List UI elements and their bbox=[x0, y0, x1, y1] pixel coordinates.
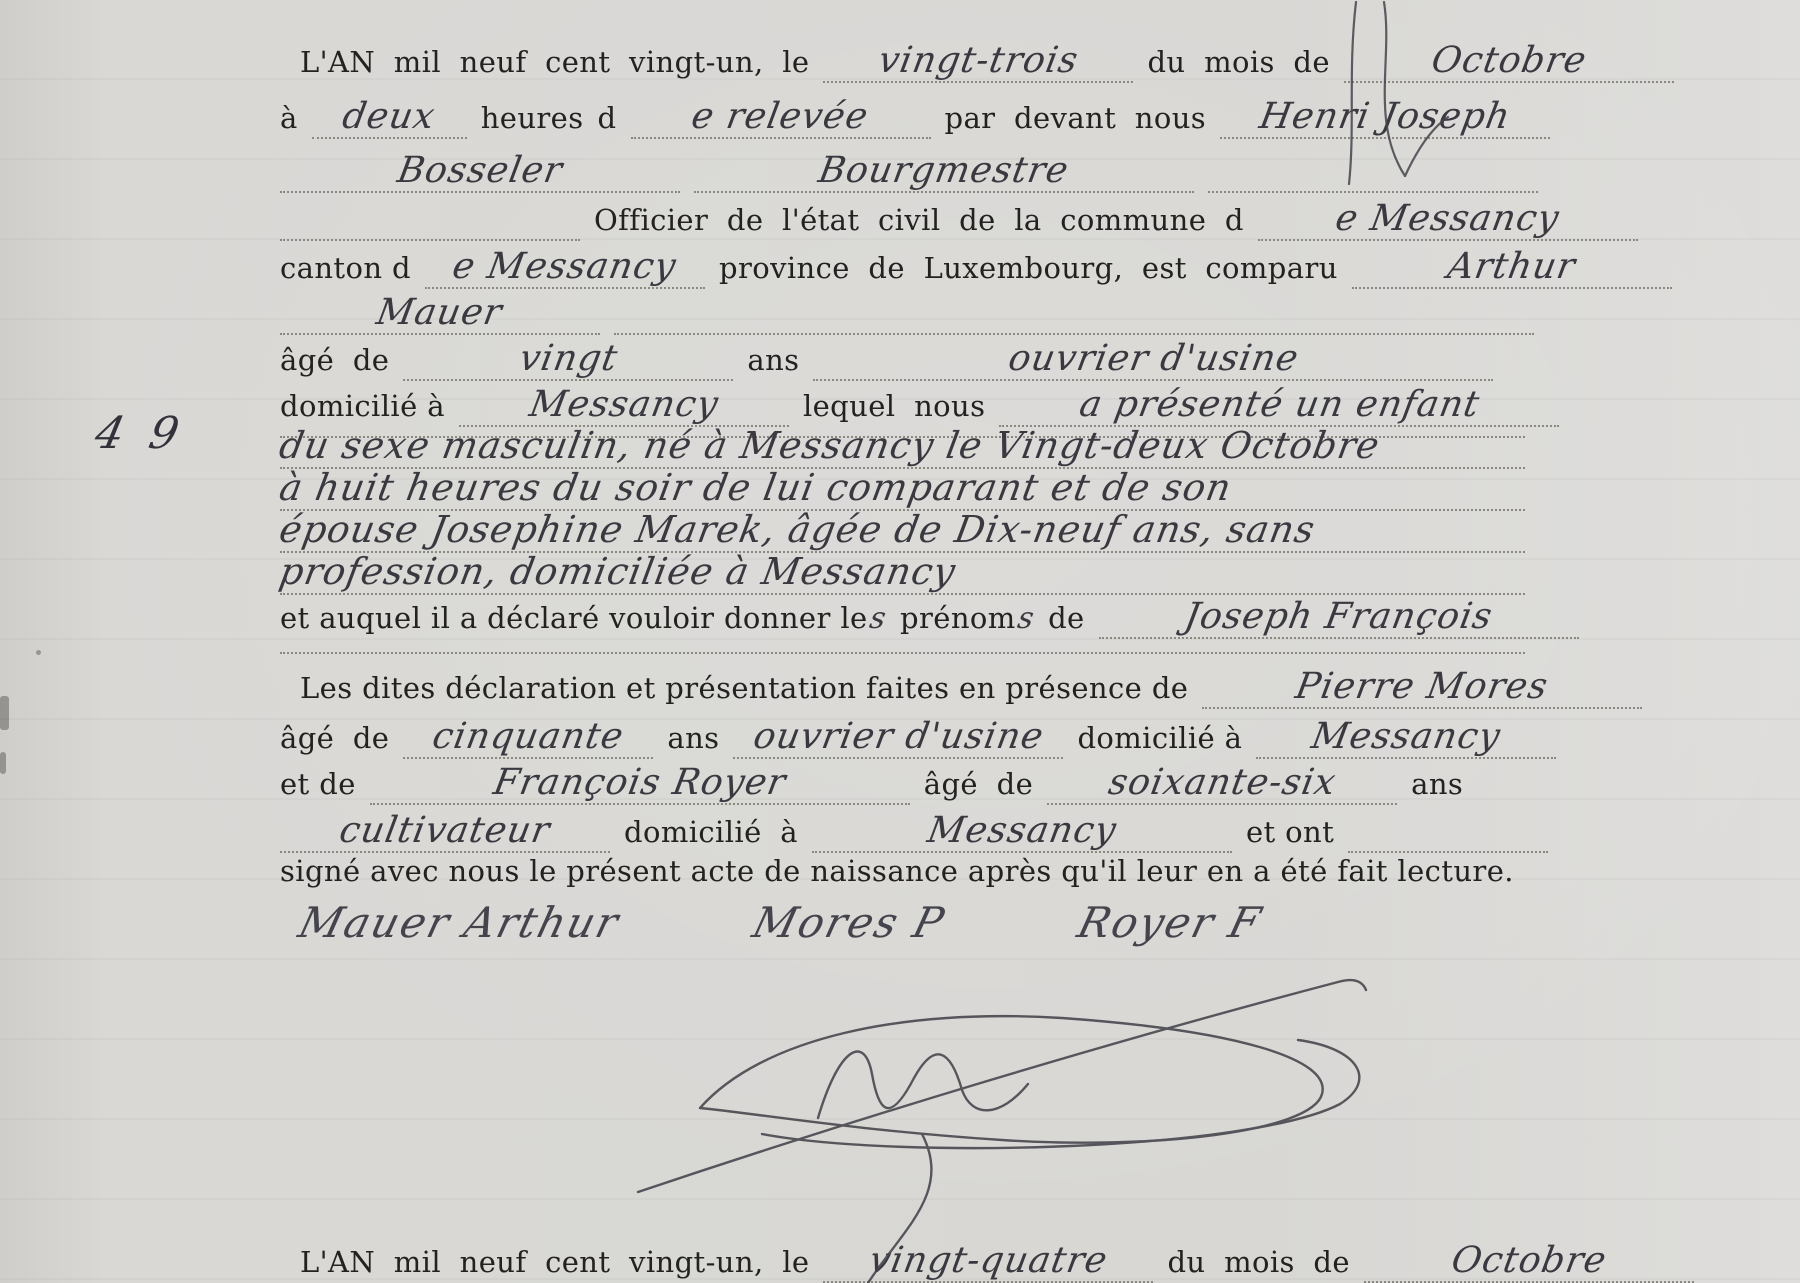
blank-field bbox=[280, 199, 580, 241]
blank-field-month: Octobre bbox=[1364, 1240, 1694, 1283]
scan-smudge bbox=[36, 650, 41, 655]
scanned-birth-record-page: 49 L'AN mil neuf cent vingt-un, le vingt… bbox=[0, 0, 1800, 1283]
handwritten-entry: François Royer bbox=[490, 762, 789, 803]
form-line-declarant-age: âgé de vingt ans ouvrier d'usine bbox=[280, 338, 1493, 381]
blank-field-age: vingt bbox=[403, 338, 733, 381]
printed-text: province de Luxembourg, est comparu bbox=[719, 251, 1338, 285]
blank-field-declarant-firstname: Arthur bbox=[1352, 246, 1672, 289]
signature-mauer-arthur: Mauer Arthur bbox=[294, 898, 625, 947]
printed-text: canton d bbox=[280, 251, 411, 285]
handwritten-entry: vingt-trois bbox=[875, 40, 1081, 81]
printed-text: L'AN mil neuf cent vingt-un, le bbox=[300, 1245, 809, 1279]
printed-text: Officier de l'état civil de la commune d bbox=[594, 203, 1244, 237]
blank-field-declarant-surname: Mauer bbox=[280, 292, 600, 335]
printed-text: domicilié à bbox=[624, 815, 798, 849]
handwritten-entry: vingt-quatre bbox=[866, 1240, 1111, 1281]
printed-text: signé avec nous le présent acte de naiss… bbox=[280, 854, 1514, 888]
blank-field-witness1-name: Pierre Mores bbox=[1202, 666, 1642, 709]
handwritten-entry: ouvrier d'usine bbox=[750, 716, 1047, 757]
printed-text: ans bbox=[667, 721, 719, 755]
blank-field-hour: deux bbox=[312, 96, 467, 139]
blank-field-day: vingt-trois bbox=[823, 40, 1133, 83]
handwritten-entry: Octobre bbox=[1428, 40, 1590, 81]
form-line-commune: Officier de l'état civil de la commune d… bbox=[280, 198, 1638, 241]
blank-field-witness1-domicile: Messancy bbox=[1256, 716, 1556, 759]
form-line-witness-2-details: cultivateur domicilié à Messancy et ont bbox=[280, 810, 1548, 853]
form-line-canton: canton d e Messancy province de Luxembou… bbox=[280, 246, 1672, 289]
form-line-witness-2: et de François Royer âgé de soixante-six… bbox=[280, 762, 1463, 805]
handwritten-entry: à huit heures du soir de lui comparant e… bbox=[276, 466, 1235, 509]
signature-row: Mauer Arthur Mores P Royer F bbox=[300, 898, 1261, 947]
handwritten-entry: Bourgmestre bbox=[816, 150, 1073, 191]
printed-text: âgé de bbox=[924, 767, 1033, 801]
printed-text: ans bbox=[1411, 767, 1463, 801]
printed-text: âgé de bbox=[280, 343, 389, 377]
act-number: 49 bbox=[91, 408, 210, 459]
blank-field-officer-surname: Bosseler bbox=[280, 150, 680, 193]
blank-field-officer-title: Bourgmestre bbox=[694, 150, 1194, 193]
handwritten-body-line: à huit heures du soir de lui comparant e… bbox=[280, 466, 1525, 511]
printed-text: Les dites déclaration et présentation fa… bbox=[300, 671, 1188, 705]
blank-field-witness2-name: François Royer bbox=[370, 762, 910, 805]
blank-field-witness2-age: soixante-six bbox=[1047, 762, 1397, 805]
handwritten-entry: du sexe masculin, né à Messancy le Vingt… bbox=[276, 424, 1383, 467]
blank-field-witness2-profession: cultivateur bbox=[280, 810, 610, 853]
blank-rule bbox=[280, 622, 1525, 654]
blank-field-profession: ouvrier d'usine bbox=[813, 338, 1493, 381]
printed-text: L'AN mil neuf cent vingt-un, le bbox=[300, 45, 809, 79]
officer-signature-flourish bbox=[638, 980, 1366, 1283]
blank-field-commune: e Messancy bbox=[1258, 198, 1638, 241]
signature-mores-p: Mores P bbox=[748, 898, 951, 947]
blank-field-witness1-profession: ouvrier d'usine bbox=[733, 716, 1063, 759]
handwritten-entry: cultivateur bbox=[336, 810, 553, 851]
handwritten-entry: profession, domiciliée à Messancy bbox=[276, 550, 959, 593]
printed-text: et ont bbox=[1246, 815, 1334, 849]
blank-field bbox=[614, 293, 1534, 335]
handwritten-entry: Bosseler bbox=[394, 150, 566, 191]
form-line-next-act-date: L'AN mil neuf cent vingt-un, le vingt-qu… bbox=[300, 1240, 1694, 1283]
handwritten-entry: Pierre Mores bbox=[1293, 666, 1552, 707]
handwritten-entry: Arthur bbox=[1445, 246, 1579, 287]
printed-text: âgé de bbox=[280, 721, 389, 755]
blank-field-day: vingt-quatre bbox=[823, 1240, 1153, 1283]
form-line-declarant-surname: Mauer bbox=[280, 292, 1534, 335]
blank-field bbox=[1348, 811, 1548, 853]
printed-text: par devant nous bbox=[945, 101, 1207, 135]
blank-field bbox=[1208, 151, 1538, 193]
printed-text: du mois de bbox=[1167, 1245, 1350, 1279]
scan-smudge bbox=[0, 696, 9, 730]
handwritten-body-line: du sexe masculin, né à Messancy le Vingt… bbox=[280, 424, 1525, 469]
blank-field-witness1-age: cinquante bbox=[403, 716, 653, 759]
handwritten-entry: Messancy bbox=[1309, 716, 1504, 757]
printed-text: d bbox=[598, 101, 617, 135]
handwritten-entry: e Messancy bbox=[450, 246, 680, 287]
scan-smudge bbox=[0, 752, 6, 774]
form-line-closing: signé avec nous le présent acte de naiss… bbox=[280, 854, 1514, 888]
form-line-hour: à deux heures d e relevée par devant nou… bbox=[280, 96, 1550, 139]
form-line-officer: Bosseler Bourgmestre bbox=[280, 150, 1538, 193]
form-line-witness-1-details: âgé de cinquante ans ouvrier d'usine dom… bbox=[280, 716, 1556, 759]
blank-field-canton: e Messancy bbox=[425, 246, 705, 289]
handwritten-body-line: profession, domiciliée à Messancy bbox=[280, 550, 1525, 595]
printed-text: et de bbox=[280, 767, 356, 801]
handwritten-entry: Mauer bbox=[374, 292, 506, 333]
printed-text: heures bbox=[481, 101, 584, 135]
blank-field-officer-firstnames: Henri Joseph bbox=[1220, 96, 1550, 139]
handwritten-entry: vingt bbox=[516, 338, 621, 379]
form-line-witness-1: Les dites déclaration et présentation fa… bbox=[300, 666, 1642, 709]
form-line-date: L'AN mil neuf cent vingt-un, le vingt-tr… bbox=[300, 40, 1674, 83]
handwritten-entry: ouvrier d'usine bbox=[1005, 338, 1302, 379]
printed-text: domicilié à bbox=[1077, 721, 1242, 755]
handwritten-entry: e Messancy bbox=[1333, 198, 1563, 239]
blank-field-witness2-domicile: Messancy bbox=[812, 810, 1232, 853]
handwritten-entry: Henri Joseph bbox=[1256, 96, 1513, 137]
handwritten-entry: épouse Josephine Marek, âgée de Dix-neuf… bbox=[276, 508, 1318, 551]
printed-text: à bbox=[280, 101, 298, 135]
handwritten-entry: deux bbox=[340, 96, 439, 137]
signature-royer-f: Royer F bbox=[1073, 898, 1267, 947]
blank-field-month: Octobre bbox=[1344, 40, 1674, 83]
printed-text: ans bbox=[747, 343, 799, 377]
blank-field-period: e relevée bbox=[631, 96, 931, 139]
handwritten-entry: Messancy bbox=[924, 810, 1119, 851]
handwritten-entry: e relevée bbox=[689, 96, 872, 137]
handwritten-entry: Octobre bbox=[1448, 1240, 1610, 1281]
printed-text: du mois de bbox=[1147, 45, 1330, 79]
handwritten-entry: cinquante bbox=[429, 716, 627, 757]
handwritten-body-line: épouse Josephine Marek, âgée de Dix-neuf… bbox=[280, 508, 1525, 553]
handwritten-entry: soixante-six bbox=[1105, 762, 1339, 803]
